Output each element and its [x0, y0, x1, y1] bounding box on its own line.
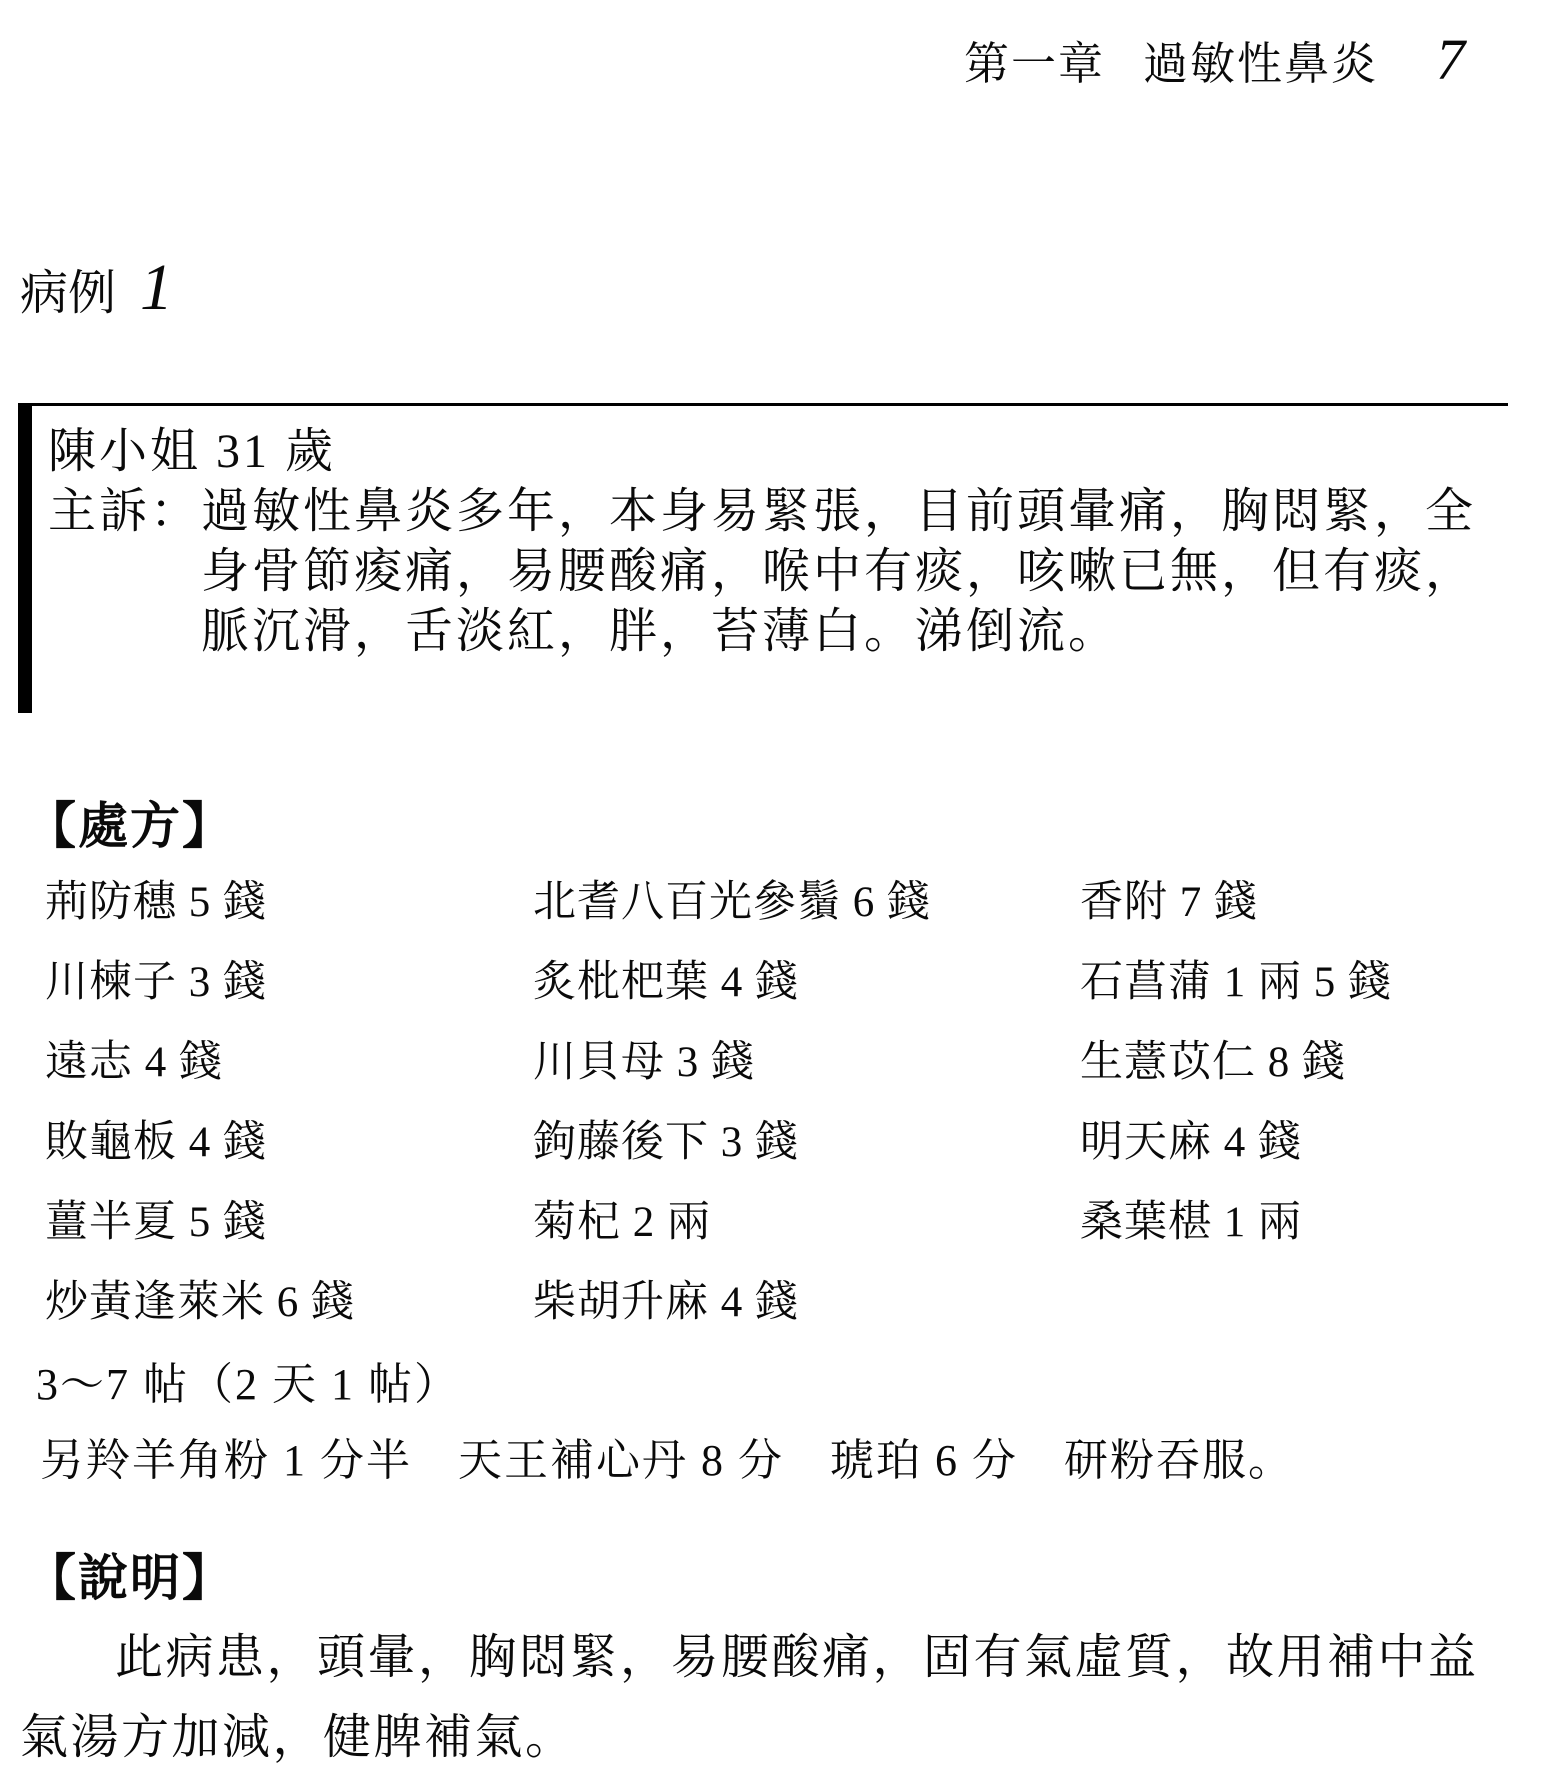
herb-item: 薑半夏 5 錢: [45, 1188, 267, 1249]
herb-item: 生薏苡仁 8 錢: [1080, 1028, 1346, 1089]
case-number: 1: [140, 250, 173, 326]
herb-item: 鉤藤後下 3 錢: [533, 1108, 799, 1169]
herb-item: 川貝母 3 錢: [533, 1028, 755, 1089]
page-header: 第一章 過敏性鼻炎 7: [0, 26, 1465, 93]
patient-box: 陳小姐 31 歲 主訴： 過敏性鼻炎多年，本身易緊張，目前頭暈痛，胸悶緊，全 身…: [18, 403, 1508, 662]
prescription-row: 炒黃逢萊米 6 錢 柴胡升麻 4 錢: [45, 1268, 1505, 1348]
herb-item: 菊杞 2 兩: [533, 1188, 711, 1249]
explanation-heading: 【說明】: [26, 1538, 234, 1610]
explanation-paragraph: 此病患，頭暈，胸悶緊，易腰酸痛，固有氣虛質，故用補中益 氣湯方加減，健脾補氣。: [20, 1618, 1520, 1778]
complaint-label: 主訴：: [48, 482, 201, 542]
explanation-line: 此病患，頭暈，胸悶緊，易腰酸痛，固有氣虛質，故用補中益: [20, 1618, 1520, 1698]
case-label: 病例: [20, 254, 116, 323]
herb-item: 炙枇杷葉 4 錢: [533, 948, 799, 1009]
herb-item: 柴胡升麻 4 錢: [533, 1268, 799, 1329]
herb-item: 明天麻 4 錢: [1080, 1108, 1302, 1169]
herb-item: 香附 7 錢: [1080, 868, 1258, 929]
chapter-title: 過敏性鼻炎: [1143, 27, 1378, 92]
complaint-line: 脈沉滑，舌淡紅，胖，苔薄白。涕倒流。: [201, 602, 1508, 662]
herb-item: 石菖蒲 1 兩 5 錢: [1080, 948, 1392, 1009]
herb-item: 遠志 4 錢: [45, 1028, 223, 1089]
prescription-row: 荊防穗 5 錢 北耆八百光參鬚 6 錢 香附 7 錢: [45, 868, 1505, 948]
herb-item: 川楝子 3 錢: [45, 948, 267, 1009]
herb-item: 荊防穗 5 錢: [45, 868, 267, 929]
prescription-row: 薑半夏 5 錢 菊杞 2 兩 桑葉椹 1 兩: [45, 1188, 1505, 1268]
prescription-table: 荊防穗 5 錢 北耆八百光參鬚 6 錢 香附 7 錢 川楝子 3 錢 炙枇杷葉 …: [45, 868, 1505, 1348]
page-number: 7: [1436, 26, 1465, 93]
dosage-line: 3～7 帖（2 天 1 帖）: [36, 1348, 460, 1412]
chief-complaint: 主訴： 過敏性鼻炎多年，本身易緊張，目前頭暈痛，胸悶緊，全 身骨節痠痛，易腰酸痛…: [48, 482, 1508, 662]
chapter-label: 第一章: [964, 27, 1105, 92]
prescription-row: 川楝子 3 錢 炙枇杷葉 4 錢 石菖蒲 1 兩 5 錢: [45, 948, 1505, 1028]
explanation-line: 氣湯方加減，健脾補氣。: [20, 1698, 1520, 1778]
prescription-heading: 【處方】: [26, 786, 234, 858]
prescription-row: 敗龜板 4 錢 鉤藤後下 3 錢 明天麻 4 錢: [45, 1108, 1505, 1188]
left-rule-bar: [18, 406, 32, 713]
book-page: 第一章 過敏性鼻炎 7 病例 1 陳小姐 31 歲 主訴： 過敏性鼻炎多年，本身…: [0, 0, 1542, 1779]
complaint-line: 過敏性鼻炎多年，本身易緊張，目前頭暈痛，胸悶緊，全: [201, 482, 1508, 542]
complaint-text: 過敏性鼻炎多年，本身易緊張，目前頭暈痛，胸悶緊，全 身骨節痠痛，易腰酸痛，喉中有…: [201, 482, 1508, 662]
prescription-row: 遠志 4 錢 川貝母 3 錢 生薏苡仁 8 錢: [45, 1028, 1505, 1108]
herb-item: 敗龜板 4 錢: [45, 1108, 267, 1169]
case-heading: 病例 1: [20, 250, 173, 326]
complaint-line: 身骨節痠痛，易腰酸痛，喉中有痰，咳嗽已無，但有痰，: [201, 542, 1508, 602]
herb-item: 北耆八百光參鬚 6 錢: [533, 868, 931, 929]
additional-powder-line: 另羚羊角粉 1 分半 天王補心丹 8 分 琥珀 6 分 研粉吞服。: [40, 1424, 1294, 1488]
patient-name-line: 陳小姐 31 歲: [48, 422, 1508, 482]
herb-item: 桑葉椹 1 兩: [1080, 1188, 1302, 1249]
herb-item: 炒黃逢萊米 6 錢: [45, 1268, 355, 1329]
